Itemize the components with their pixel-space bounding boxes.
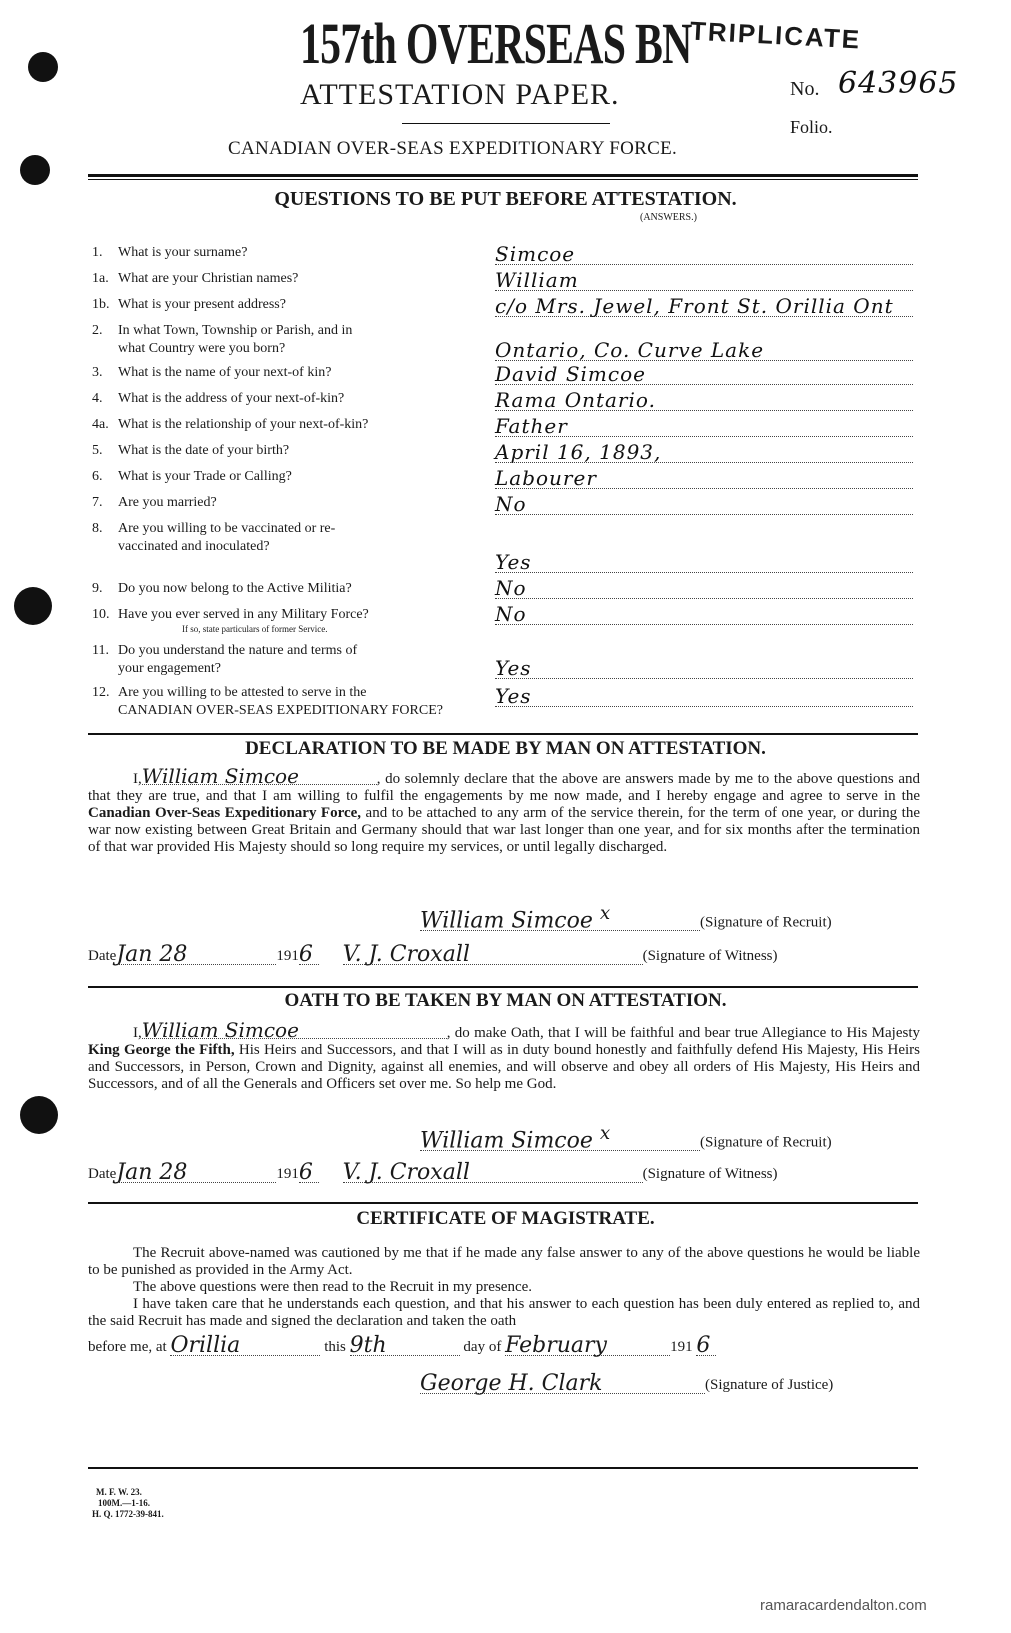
divider bbox=[88, 1467, 918, 1469]
declaration-name-field[interactable]: William Simcoe bbox=[142, 768, 377, 785]
oath-name-field[interactable]: William Simcoe bbox=[142, 1022, 447, 1039]
document-title: ATTESTATION PAPER. bbox=[300, 78, 620, 112]
question-number: 5. bbox=[92, 442, 118, 460]
answer-field-5[interactable]: David Simcoe bbox=[495, 366, 913, 385]
divider bbox=[88, 174, 918, 177]
question-number: 4a. bbox=[92, 416, 118, 434]
answer-field-13[interactable]: No bbox=[495, 606, 913, 625]
question-9: 6.What is your Trade or Calling? bbox=[92, 468, 462, 486]
declaration-force-name: Canadian Over-Seas Expeditionary Force, bbox=[88, 805, 361, 821]
question-number: 4. bbox=[92, 390, 118, 408]
before-me-label: before me, at bbox=[88, 1339, 167, 1355]
magistrate-paragraph-1: The Recruit above-named was cautioned by… bbox=[88, 1245, 920, 1279]
question-text: What is the date of your birth? bbox=[118, 443, 289, 458]
oath-date-row: DateJan 281916 V. J. Croxall(Signature o… bbox=[88, 1164, 778, 1183]
question-text: What is the address of your next-of-kin? bbox=[118, 391, 344, 406]
date-label: Date bbox=[88, 1166, 116, 1182]
question-text: What is your surname? bbox=[118, 245, 247, 260]
declaration-text: I,William Simcoe, do solemnly declare th… bbox=[88, 768, 920, 856]
answer-field-2[interactable]: William bbox=[495, 272, 913, 291]
question-12: 9.Do you now belong to the Active Militi… bbox=[92, 580, 462, 598]
answer-field-12[interactable]: No bbox=[495, 580, 913, 599]
date-field[interactable]: Jan 28 bbox=[116, 1164, 276, 1183]
declaration-heading: DECLARATION TO BE MADE BY MAN ON ATTESTA… bbox=[0, 738, 1011, 760]
question-15: 12.Are you willing to be attested to ser… bbox=[92, 684, 462, 720]
oath-recruit-signature-row: William Simcoe x(Signature of Recruit) bbox=[420, 1125, 832, 1151]
answer-field-11[interactable]: Yes bbox=[495, 554, 913, 573]
day-field[interactable]: 9th bbox=[350, 1337, 460, 1356]
website-watermark: ramaracardendalton.com bbox=[760, 1597, 927, 1614]
battalion-title: 157th OVERSEAS BN bbox=[300, 10, 692, 77]
question-number: 2. bbox=[92, 322, 118, 340]
question-number: 3. bbox=[92, 364, 118, 382]
answer-field-8[interactable]: April 16, 1893, bbox=[495, 444, 913, 463]
oath-text: I,William Simcoe, do make Oath, that I w… bbox=[88, 1022, 920, 1093]
punch-hole bbox=[14, 587, 52, 625]
year-prefix: 191 bbox=[670, 1339, 693, 1355]
year-suffix-field[interactable]: 6 bbox=[299, 946, 319, 965]
question-text: In what Town, Township or Parish, and in bbox=[118, 323, 352, 338]
hq-code: H. Q. 1772-39-841. bbox=[92, 1509, 164, 1519]
question-number: 12. bbox=[92, 684, 118, 702]
divider bbox=[88, 1202, 918, 1204]
question-text: Do you understand the nature and terms o… bbox=[118, 643, 357, 658]
question-text: What is your Trade or Calling? bbox=[118, 469, 292, 484]
question-number: 9. bbox=[92, 580, 118, 598]
question-13: 10.Have you ever served in any Military … bbox=[92, 606, 462, 634]
answers-heading: (ANSWERS.) bbox=[640, 212, 697, 223]
question-text-continued: what Country were you born? bbox=[92, 340, 462, 358]
magistrate-heading: CERTIFICATE OF MAGISTRATE. bbox=[0, 1208, 1011, 1230]
declaration-recruit-signature-row: William Simcoe x(Signature of Recruit) bbox=[420, 905, 832, 931]
answer-field-3[interactable]: c/o Mrs. Jewel, Front St. Orillia Ont bbox=[495, 298, 913, 317]
question-note: If so, state particulars of former Servi… bbox=[92, 624, 462, 634]
question-text: What is the name of your next-of kin? bbox=[118, 365, 331, 380]
year-prefix: 191 bbox=[276, 1166, 299, 1182]
question-3: 1b.What is your present address? bbox=[92, 296, 462, 314]
punch-hole bbox=[20, 155, 50, 185]
regimental-number: 643965 bbox=[838, 66, 959, 101]
recruit-signature-field[interactable]: William Simcoe x bbox=[420, 1125, 700, 1151]
year-suffix-field[interactable]: 6 bbox=[696, 1337, 716, 1356]
question-number: 7. bbox=[92, 494, 118, 512]
question-number: 10. bbox=[92, 606, 118, 624]
declaration-prefix: I, bbox=[88, 771, 142, 787]
question-text: What is the relationship of your next-of… bbox=[118, 417, 368, 432]
justice-signature-field[interactable]: George H. Clark bbox=[420, 1375, 705, 1394]
day-of-label: day of bbox=[463, 1339, 501, 1355]
place-field[interactable]: Orillia bbox=[170, 1337, 320, 1356]
oath-king-name: King George the Fifth, bbox=[88, 1042, 235, 1058]
question-text: Have you ever served in any Military For… bbox=[118, 607, 369, 622]
question-text: Are you willing to be vaccinated or re- bbox=[118, 521, 335, 536]
date-label: Date bbox=[88, 948, 116, 964]
question-text: What are your Christian names? bbox=[118, 271, 298, 286]
question-number: 1. bbox=[92, 244, 118, 262]
oath-prefix: I, bbox=[88, 1025, 142, 1041]
print-code: 100M.—1-16. bbox=[98, 1498, 150, 1508]
divider bbox=[88, 733, 918, 735]
question-14: 11.Do you understand the nature and term… bbox=[92, 642, 462, 678]
oath-heading: OATH TO BE TAKEN BY MAN ON ATTESTATION. bbox=[0, 990, 1011, 1012]
question-text-continued: your engagement? bbox=[92, 660, 462, 678]
answer-field-4[interactable]: Ontario, Co. Curve Lake bbox=[495, 342, 913, 361]
question-11: 8.Are you willing to be vaccinated or re… bbox=[92, 520, 462, 556]
regimental-number-label: No. bbox=[790, 78, 819, 101]
force-subtitle: CANADIAN OVER-SEAS EXPEDITIONARY FORCE. bbox=[228, 138, 677, 160]
question-number: 1b. bbox=[92, 296, 118, 314]
date-field[interactable]: Jan 28 bbox=[116, 946, 276, 965]
punch-hole bbox=[28, 52, 58, 82]
question-5: 3.What is the name of your next-of kin? bbox=[92, 364, 462, 382]
question-1: 1.What is your surname? bbox=[92, 244, 462, 262]
declaration-date-row: DateJan 281916 V. J. Croxall(Signature o… bbox=[88, 946, 778, 965]
form-code: M. F. W. 23. bbox=[96, 1487, 142, 1497]
question-text: Are you married? bbox=[118, 495, 217, 510]
magistrate-paragraph-2: The above questions were then read to th… bbox=[88, 1279, 920, 1296]
justice-signature-label: (Signature of Justice) bbox=[705, 1377, 833, 1393]
justice-signature-row: George H. Clark(Signature of Justice) bbox=[420, 1375, 833, 1394]
question-2: 1a.What are your Christian names? bbox=[92, 270, 462, 288]
question-6: 4.What is the address of your next-of-ki… bbox=[92, 390, 462, 408]
magistrate-paragraph-3: I have taken care that he understands ea… bbox=[88, 1296, 920, 1330]
oath-body-1: , do make Oath, that I will be faithful … bbox=[447, 1025, 920, 1041]
recruit-signature-label: (Signature of Recruit) bbox=[700, 1134, 832, 1150]
answer-field-10[interactable]: No bbox=[495, 496, 913, 515]
question-number: 6. bbox=[92, 468, 118, 486]
magistrate-place-date-row: before me, at Orillia this 9th day of Fe… bbox=[88, 1337, 716, 1356]
divider bbox=[402, 123, 610, 124]
witness-signature-field[interactable]: V. J. Croxall bbox=[343, 1164, 643, 1183]
question-number: 8. bbox=[92, 520, 118, 538]
witness-signature-field[interactable]: V. J. Croxall bbox=[343, 946, 643, 965]
question-text: What is your present address? bbox=[118, 297, 286, 312]
questions-heading: QUESTIONS TO BE PUT BEFORE ATTESTATION. bbox=[0, 188, 1011, 211]
divider bbox=[88, 986, 918, 988]
question-10: 7.Are you married? bbox=[92, 494, 462, 512]
witness-signature-label: (Signature of Witness) bbox=[643, 948, 778, 964]
witness-signature-label: (Signature of Witness) bbox=[643, 1166, 778, 1182]
answer-field-9[interactable]: Labourer bbox=[495, 470, 913, 489]
divider bbox=[88, 179, 918, 180]
recruit-signature-field[interactable]: William Simcoe x bbox=[420, 905, 700, 931]
answer-field-14[interactable]: Yes bbox=[495, 660, 913, 679]
this-label: this bbox=[324, 1339, 346, 1355]
question-number: 1a. bbox=[92, 270, 118, 288]
recruit-mark: x bbox=[600, 1123, 610, 1144]
punch-hole bbox=[20, 1096, 58, 1134]
question-text: Are you willing to be attested to serve … bbox=[118, 685, 366, 700]
recruit-mark: x bbox=[600, 903, 610, 924]
year-prefix: 191 bbox=[276, 948, 299, 964]
answer-field-7[interactable]: Father bbox=[495, 418, 913, 437]
question-text-continued: CANADIAN OVER-SEAS EXPEDITIONARY FORCE? bbox=[92, 702, 462, 720]
folio-label: Folio. bbox=[790, 117, 833, 138]
answer-field-6[interactable]: Rama Ontario. bbox=[495, 392, 913, 411]
recruit-signature-label: (Signature of Recruit) bbox=[700, 914, 832, 930]
question-4: 2.In what Town, Township or Parish, and … bbox=[92, 322, 462, 358]
year-suffix-field[interactable]: 6 bbox=[299, 1164, 319, 1183]
recruit-signature: William Simcoe bbox=[420, 908, 593, 933]
answer-field-1[interactable]: Simcoe bbox=[495, 246, 913, 265]
question-text-continued: vaccinated and inoculated? bbox=[92, 538, 462, 556]
question-number: 11. bbox=[92, 642, 118, 660]
recruit-signature: William Simcoe bbox=[420, 1128, 593, 1153]
month-field[interactable]: February bbox=[505, 1337, 670, 1356]
question-text: Do you now belong to the Active Militia? bbox=[118, 581, 352, 596]
answer-field-15[interactable]: Yes bbox=[495, 688, 913, 707]
question-8: 5.What is the date of your birth? bbox=[92, 442, 462, 460]
question-7: 4a.What is the relationship of your next… bbox=[92, 416, 462, 434]
triplicate-stamp: TRIPLICATE bbox=[689, 16, 862, 56]
